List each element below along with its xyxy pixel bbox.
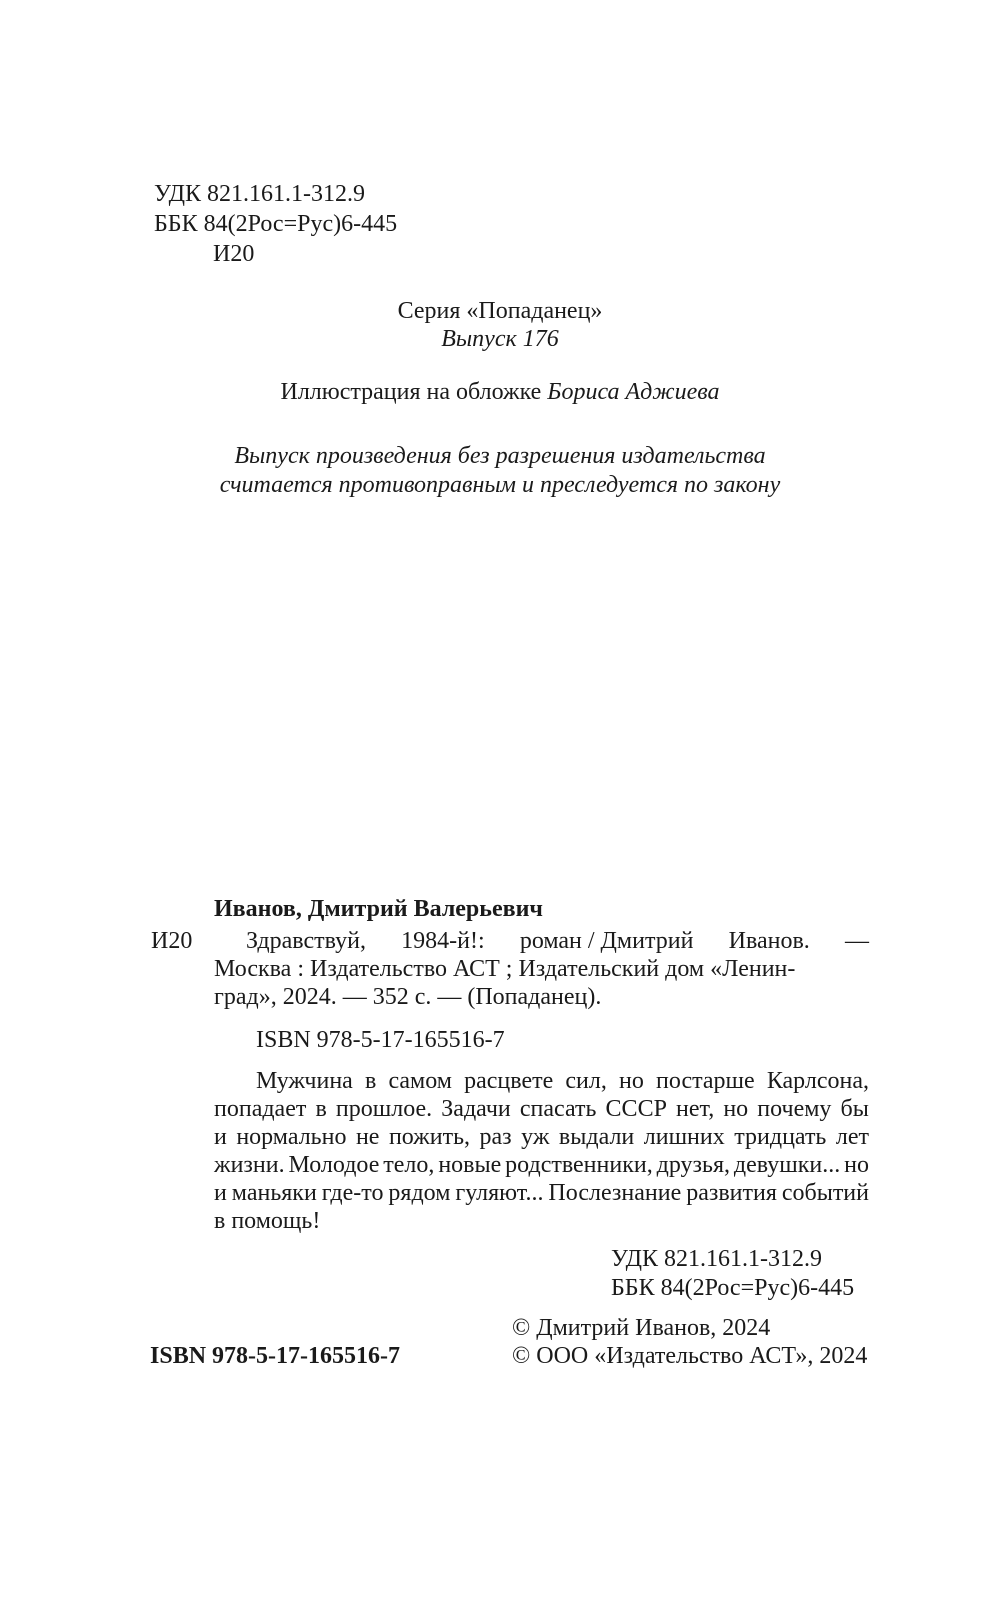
biblio-word: Иванов. — [729, 927, 810, 955]
annotation-word: СССР — [606, 1095, 667, 1123]
footer-isbn: ISBN 978-5-17-165516-7 — [150, 1342, 400, 1370]
annotation-line: иманьякигде-торядомгуляют...Послезнаниер… — [214, 1179, 869, 1207]
illustration-artist: Бориса Аджиева — [547, 379, 719, 405]
biblio-word: Здравствуй, — [246, 927, 366, 955]
illustration-credit: Иллюстрация на обложке Бориса Аджиева — [0, 378, 1000, 406]
annotation-word: почему — [757, 1095, 831, 1123]
annotation-word: Молодое — [289, 1151, 380, 1179]
annotation-word: лет — [836, 1123, 869, 1151]
series-name: Серия «Попаданец» — [0, 297, 1000, 325]
annotation-word: бы — [841, 1095, 869, 1123]
annotation-word: родственники, — [505, 1151, 653, 1179]
catalog-author: Иванов, Дмитрий Валерьевич — [214, 895, 543, 923]
legal-warning-line-1: Выпуск произведения без разрешения издат… — [0, 442, 1000, 470]
annotation-word: тело, — [383, 1151, 434, 1179]
bibliographic-description: Здравствуй,1984-й!:роман / ДмитрийИванов… — [214, 927, 869, 1011]
biblio-word: роман / Дмитрий — [520, 927, 694, 955]
annotation-word: событий — [782, 1179, 869, 1207]
annotation-word: в помощь! — [214, 1207, 320, 1235]
copyright-publisher: © ООО «Издательство АСТ», 2024 — [512, 1342, 867, 1370]
annotation-line: попадаетвпрошлое.ЗадачиспасатьСССРнет,но… — [214, 1095, 869, 1123]
annotation-word: в — [365, 1067, 376, 1095]
biblio-word: 1984-й!: — [401, 927, 485, 955]
annotation-word: Карлсона, — [767, 1067, 869, 1095]
annotation-word: но — [844, 1151, 869, 1179]
annotation-word: Мужчина — [256, 1067, 353, 1095]
annotation-word: но — [619, 1067, 644, 1095]
annotation-word: спасать — [520, 1095, 597, 1123]
annotation-word: не — [356, 1123, 380, 1151]
annotation-word: прошлое. — [336, 1095, 432, 1123]
annotation-word: в — [315, 1095, 326, 1123]
annotation-line: инормальнонепожить,разужвыдалилишнихтрид… — [214, 1123, 869, 1151]
annotation-word: где-то — [322, 1179, 384, 1207]
annotation-word: лишних — [644, 1123, 725, 1151]
annotation-word: постарше — [656, 1067, 755, 1095]
annotation-word: сил, — [565, 1067, 606, 1095]
annotation-word: пожить, — [389, 1123, 470, 1151]
annotation-word: попадает — [214, 1095, 306, 1123]
annotation-word: девушки... — [734, 1151, 840, 1179]
annotation-word: маньяки — [232, 1179, 317, 1207]
annotation-word: раз — [480, 1123, 512, 1151]
annotation-word: друзья, — [657, 1151, 730, 1179]
biblio-line-2: Москва : Издательство АСТ ; Издательский… — [214, 955, 869, 983]
annotation-word: расцвете — [464, 1067, 553, 1095]
legal-warning-line-2: считается противоправным и преследуется … — [0, 471, 1000, 499]
annotation-word: Послезнание — [548, 1179, 681, 1207]
copyright-author: © Дмитрий Иванов, 2024 — [512, 1314, 770, 1342]
annotation-word: жизни. — [214, 1151, 285, 1179]
annotation-word: рядом — [388, 1179, 450, 1207]
catalog-author-mark: И20 — [151, 927, 192, 955]
author-mark: И20 — [213, 240, 254, 268]
annotation-line: в помощь! — [214, 1207, 869, 1235]
annotation: Мужчинавсамомрасцветесил,нопостаршеКарлс… — [214, 1067, 869, 1235]
annotation-word: нет, — [676, 1095, 714, 1123]
annotation-word: и — [214, 1123, 227, 1151]
annotation-word: выдали — [559, 1123, 634, 1151]
biblio-line-3: град», 2024. — 352 с. — (Попаданец). — [214, 983, 869, 1011]
annotation-word: развития — [686, 1179, 777, 1207]
annotation-word: гуляют... — [455, 1179, 543, 1207]
biblio-word: — — [845, 927, 869, 955]
udk-code: УДК 821.161.1-312.9 — [154, 180, 365, 208]
catalog-isbn: ISBN 978-5-17-165516-7 — [256, 1026, 505, 1054]
footer-bbk: ББК 84(2Рос=Рус)6-445 — [611, 1274, 854, 1302]
annotation-word: нормально — [236, 1123, 346, 1151]
annotation-word: Задачи — [441, 1095, 511, 1123]
annotation-word: и — [214, 1179, 227, 1207]
series-issue: Выпуск 176 — [0, 325, 1000, 353]
annotation-line: жизни.Молодоетело,новыеродственники,друз… — [214, 1151, 869, 1179]
biblio-line-1: Здравствуй,1984-й!:роман / ДмитрийИванов… — [214, 927, 869, 955]
footer-udk: УДК 821.161.1-312.9 — [611, 1245, 822, 1273]
bbk-code: ББК 84(2Рос=Рус)6-445 — [154, 210, 397, 238]
annotation-word: уж — [521, 1123, 549, 1151]
illustration-prefix: Иллюстрация на обложке — [280, 379, 547, 405]
annotation-word: новые — [438, 1151, 501, 1179]
annotation-line: Мужчинавсамомрасцветесил,нопостаршеКарлс… — [214, 1067, 869, 1095]
annotation-word: тридцать — [734, 1123, 826, 1151]
annotation-word: но — [723, 1095, 748, 1123]
annotation-word: самом — [388, 1067, 452, 1095]
